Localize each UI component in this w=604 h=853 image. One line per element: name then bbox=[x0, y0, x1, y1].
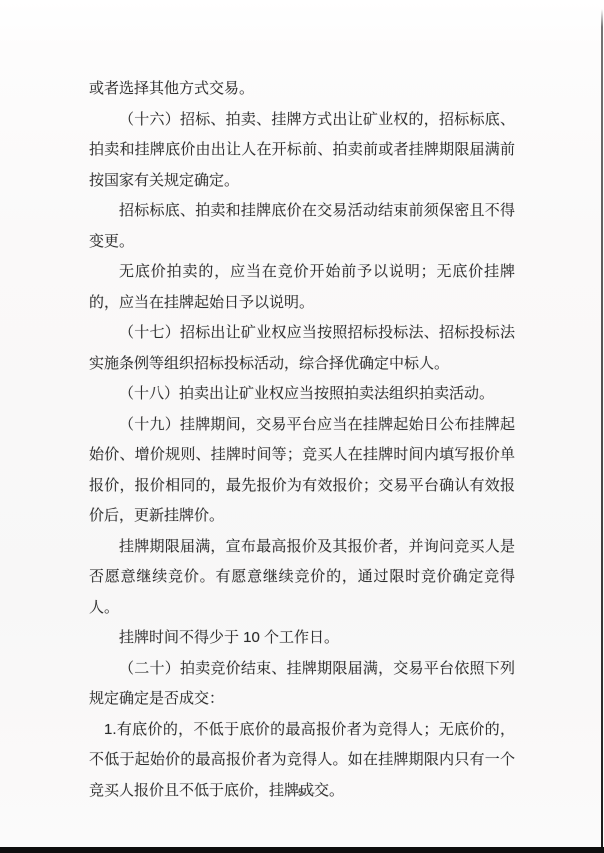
paragraph: 招标标底、拍卖和挂牌底价在交易活动结束前须保密且不得变更。 bbox=[89, 196, 515, 257]
paragraph: 挂牌期限届满，宣布最高报价及其报价者，并询问竞买人是否愿意继续竞价。有愿意继续竞… bbox=[89, 532, 515, 624]
scan-edge-bottom-bar bbox=[0, 847, 604, 853]
paragraph: 或者选择其他方式交易。 bbox=[89, 74, 515, 105]
paragraph: （十七）招标出让矿业权应当按照招标投标法、招标投标法实施条例等组织招标投标活动，… bbox=[89, 318, 515, 379]
scanned-document-page: 或者选择其他方式交易。 （十六）招标、拍卖、挂牌方式出让矿业权的，招标标底、拍卖… bbox=[0, 0, 604, 853]
paragraph: （十八）拍卖出让矿业权应当按照拍卖法组织拍卖活动。 bbox=[89, 379, 515, 410]
paragraph: 无底价拍卖的，应当在竞价开始前予以说明；无底价挂牌的，应当在挂牌起始日予以说明。 bbox=[89, 257, 515, 318]
paragraph: （二十）拍卖竞价结束、挂牌期限届满，交易平台依照下列规定确定是否成交： bbox=[89, 654, 515, 715]
paragraph: （十九）挂牌期间，交易平台应当在挂牌起始日公布挂牌起始价、增价规则、挂牌时间等；… bbox=[89, 410, 515, 532]
document-body: 或者选择其他方式交易。 （十六）招标、拍卖、挂牌方式出让矿业权的，招标标底、拍卖… bbox=[89, 74, 515, 806]
scan-edge-right-line bbox=[601, 9, 603, 847]
page-number: - 5 - bbox=[89, 787, 515, 799]
paragraph: 挂牌时间不得少于 10 个工作日。 bbox=[89, 623, 515, 654]
paragraph: （十六）招标、拍卖、挂牌方式出让矿业权的，招标标底、拍卖和挂牌底价由出让人在开标… bbox=[89, 105, 515, 197]
